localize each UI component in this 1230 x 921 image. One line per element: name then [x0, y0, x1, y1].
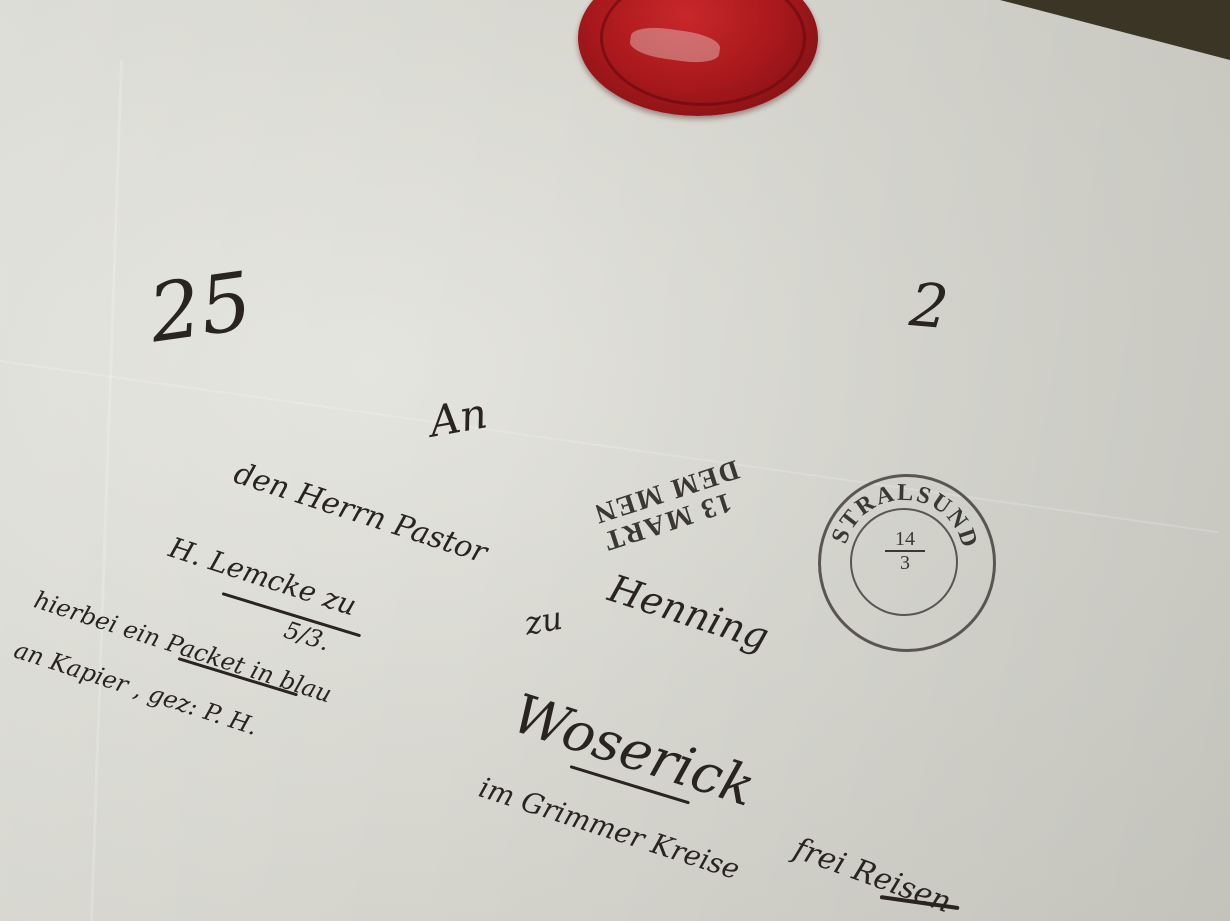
- number-2: 2: [907, 270, 951, 343]
- paper-shading: [0, 0, 1230, 921]
- number-25: 25: [144, 254, 258, 360]
- postmark-date: 14 3: [885, 528, 925, 574]
- postmark-month: 3: [885, 552, 925, 574]
- postmark-day: 14: [885, 528, 925, 552]
- address-line-zu: zu: [522, 599, 565, 643]
- address-line-an: An: [426, 388, 491, 446]
